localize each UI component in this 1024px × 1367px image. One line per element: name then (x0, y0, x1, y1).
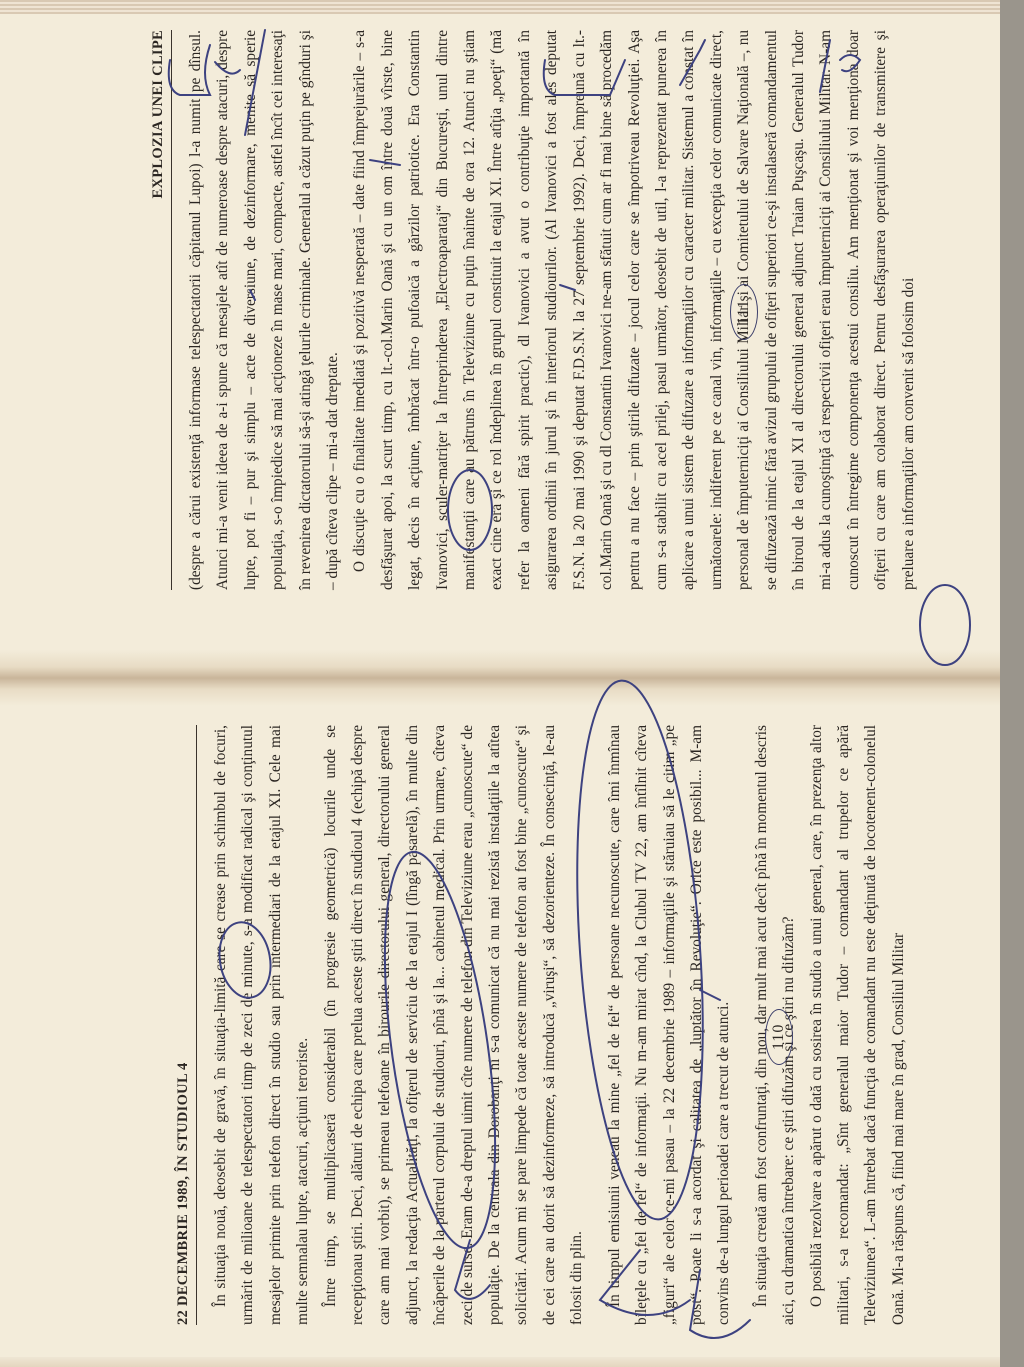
paragraph: O posibilă rezolvare a apărut o dată cu … (803, 725, 913, 1325)
book-page-edges-bottom (0, 1357, 1000, 1367)
page-110-content: 22 DECEMBRIE 1989, ÎN STUDIOUL 4 În situ… (175, 725, 795, 1325)
paragraph: Între timp, se multiplicaseră considerab… (317, 725, 591, 1325)
page-body: (despre a cărui existenţă informase tele… (182, 30, 922, 590)
running-head: EXPLOZIA UNEI CLIPE (150, 30, 172, 590)
paragraph: O discuţie cu o finalitate imediată şi p… (346, 30, 922, 590)
page-111-content: EXPLOZIA UNEI CLIPE (despre a cărui exis… (150, 30, 770, 590)
page-body: În situaţia nouă, deosebit de gravă, în … (207, 725, 912, 1325)
running-head: 22 DECEMBRIE 1989, ÎN STUDIOUL 4 (175, 725, 197, 1325)
paragraph: (despre a cărui existenţă informase tele… (182, 30, 346, 590)
paragraph: În situaţia nouă, deosebit de gravă, în … (207, 725, 317, 1325)
page-number: 111 (730, 284, 758, 340)
book-page-edges (0, 0, 1000, 14)
scanner-background (1000, 0, 1024, 1367)
page-number: 110 (765, 1009, 793, 1065)
book-gutter (0, 650, 1000, 706)
paragraph: În timpul emisiunii veneau la mine „fel … (601, 725, 738, 1325)
